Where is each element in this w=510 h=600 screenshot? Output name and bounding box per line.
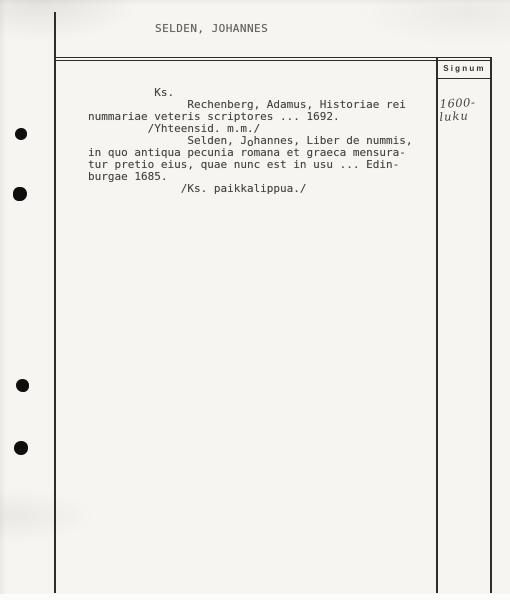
signum-value-line2: luku bbox=[439, 109, 476, 123]
top-double-rule bbox=[54, 57, 491, 61]
typewritten-line: /Ks. paikkalippua./ bbox=[88, 183, 413, 195]
subscript-character: o bbox=[247, 137, 254, 149]
punch-hole bbox=[13, 187, 27, 202]
catalog-card-scan: SELDEN, JOHANNES Signum Ks. Rechenberg, … bbox=[0, 0, 510, 600]
punch-hole bbox=[15, 128, 27, 140]
signum-column-rule bbox=[436, 57, 438, 593]
signum-header: Signum bbox=[436, 60, 491, 77]
signum-label: Signum bbox=[441, 64, 486, 73]
punch-hole bbox=[14, 441, 28, 455]
card-heading: SELDEN, JOHANNES bbox=[155, 22, 268, 35]
signum-handwritten-value: 1600- luku bbox=[439, 96, 476, 123]
right-border-rule bbox=[490, 57, 492, 593]
left-margin-rule bbox=[54, 12, 56, 593]
punch-hole bbox=[16, 379, 29, 392]
signum-header-bottom-rule bbox=[436, 78, 492, 79]
scan-bottom-edge bbox=[0, 594, 510, 600]
typewritten-body: Ks. Rechenberg, Adamus, Historiae reinum… bbox=[88, 87, 413, 195]
